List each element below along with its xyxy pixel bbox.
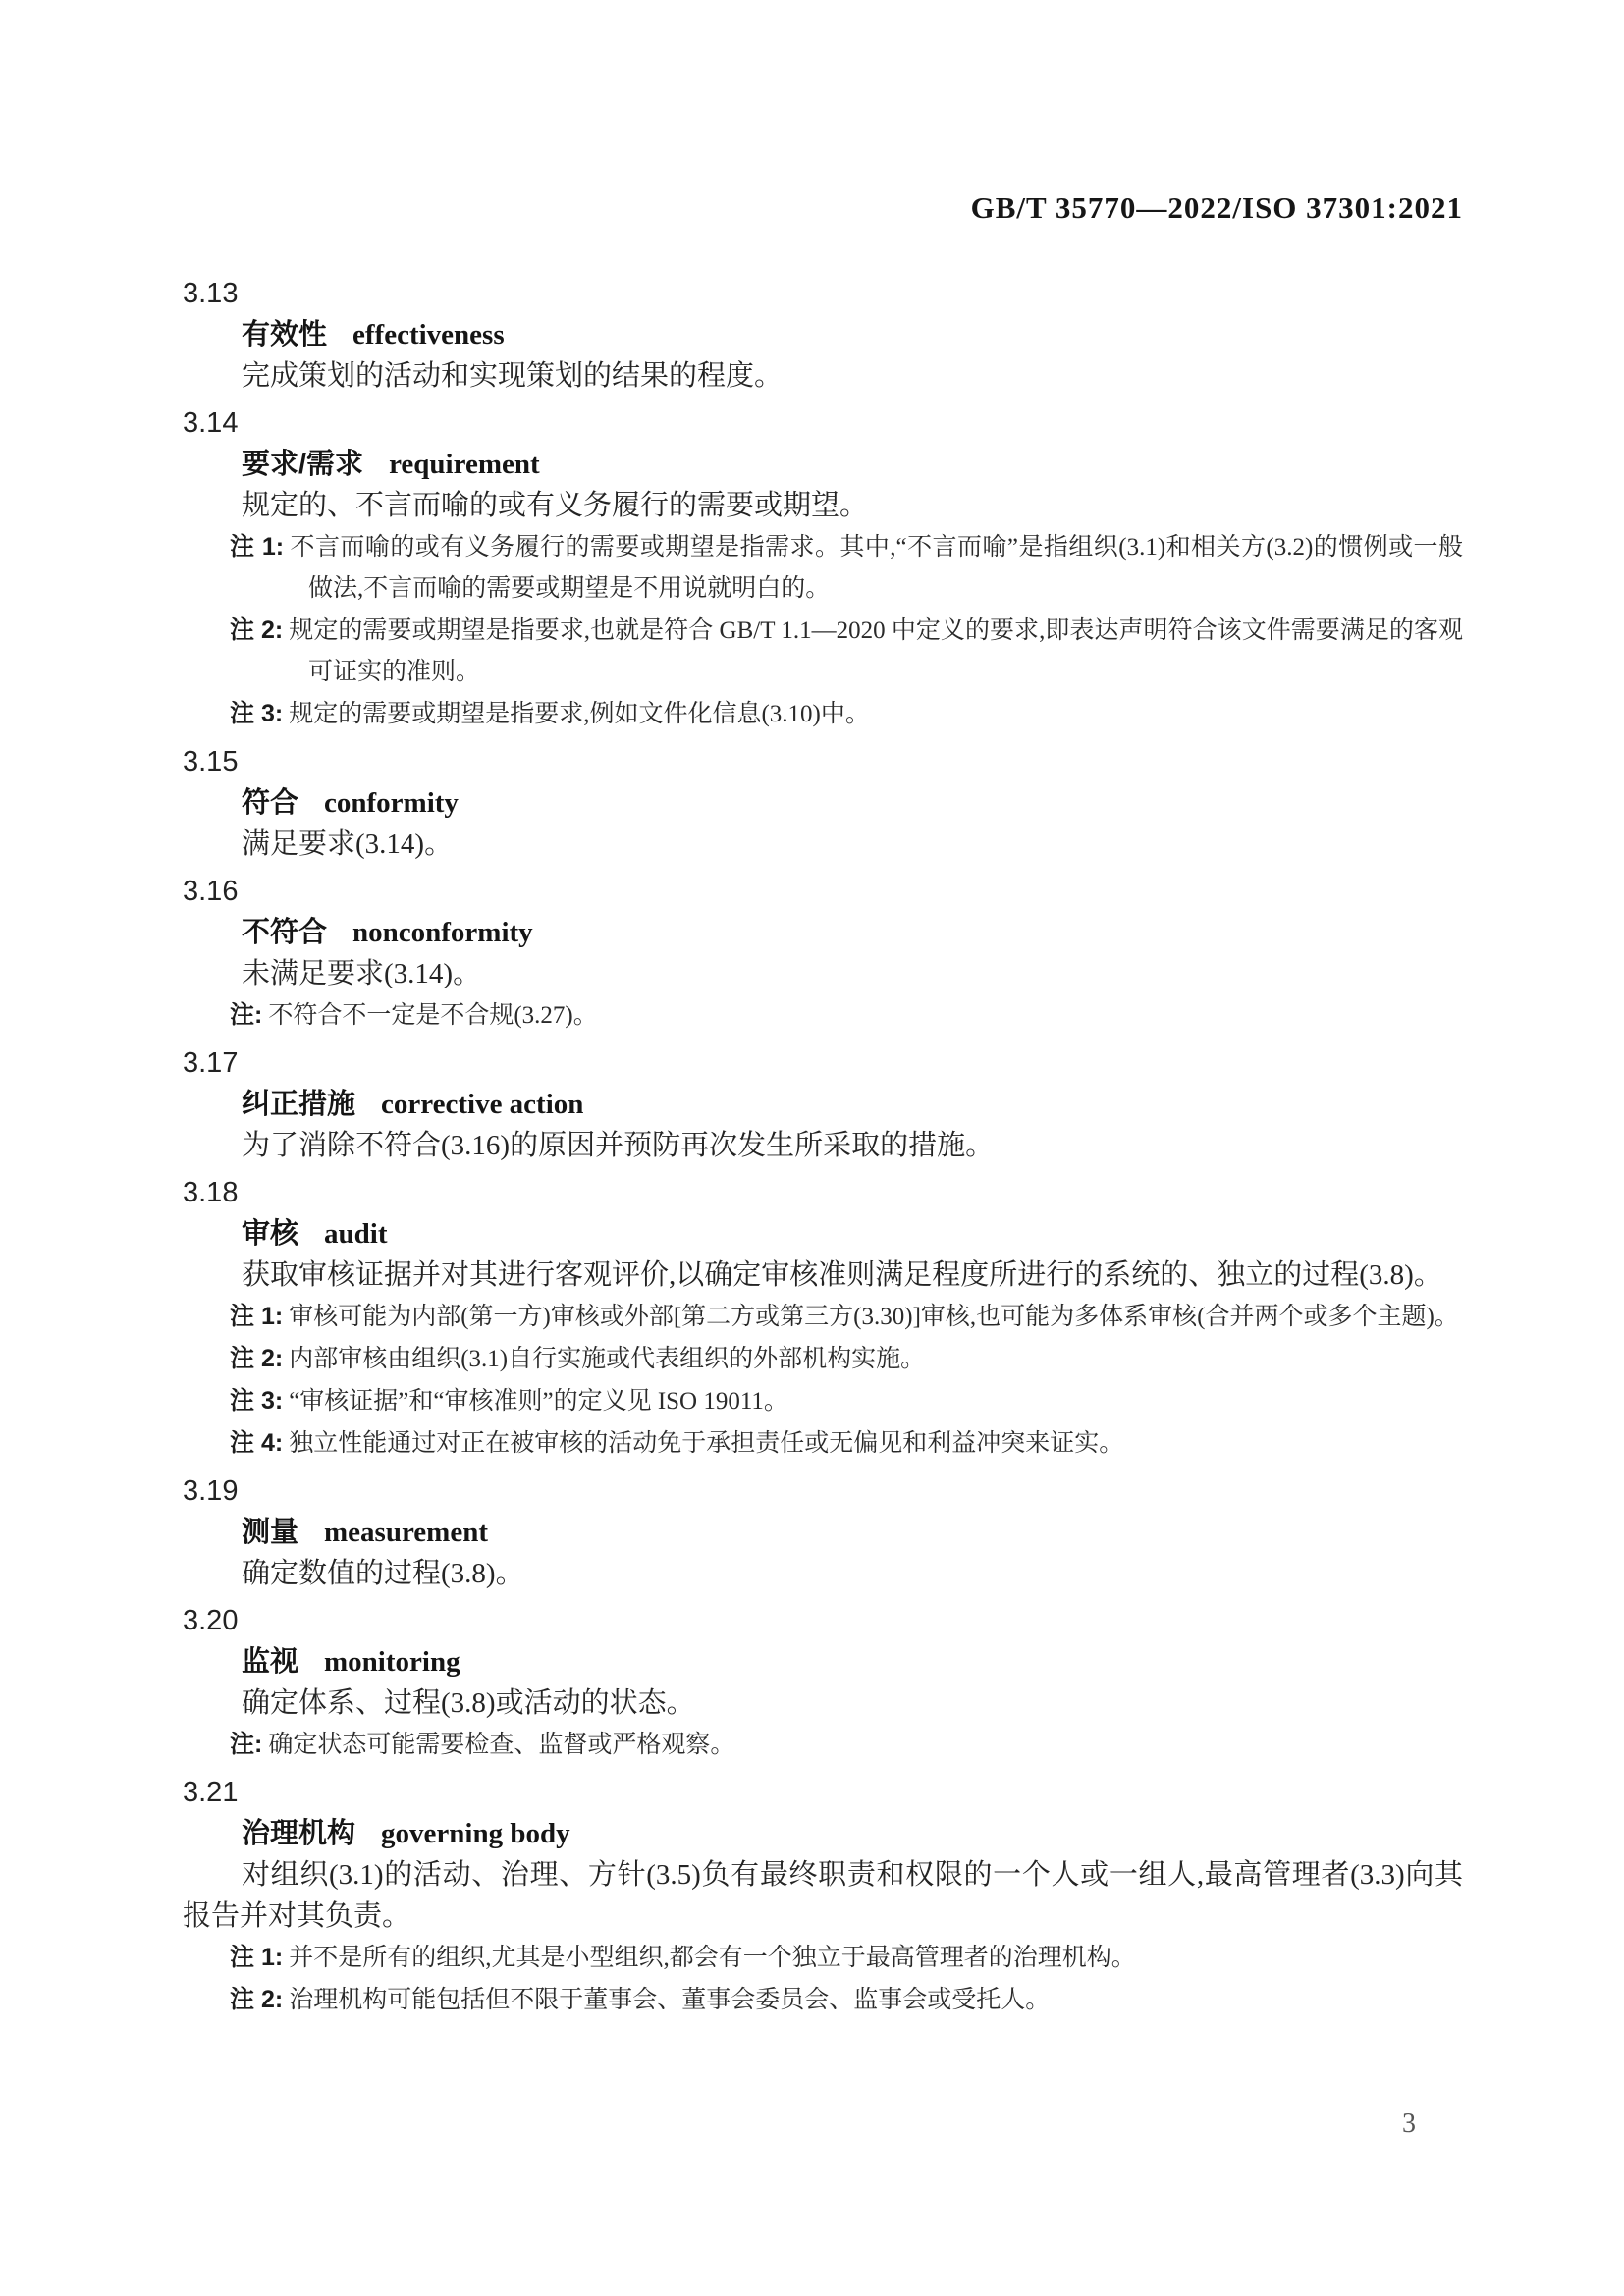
term-name-english: nonconformity [352,917,533,948]
term-number: 3.15 [183,741,1463,782]
note-label: 注 2: [230,616,283,644]
term-section: 3.17 纠正措施corrective action 为了消除不符合(3.16)… [183,1042,1463,1166]
note-label: 注 2: [230,1986,283,2013]
note-text: 规定的需要或期望是指要求,例如文件化信息(3.10)中。 [289,701,870,727]
term-note: 注 3:“审核证据”和“审核准则”的定义见 ISO 19011。 [230,1380,1463,1422]
term-number: 3.17 [183,1042,1463,1084]
term-section: 3.20 监视monitoring 确定体系、过程(3.8)或活动的状态。 注:… [183,1600,1463,1766]
term-name-english: effectiveness [352,319,505,350]
term-number: 3.21 [183,1772,1463,1813]
term-name-english: audit [324,1218,387,1250]
note-text: 内部审核由组织(3.1)自行实施或代表组织的外部机构实施。 [289,1346,925,1372]
term-note: 注 3:规定的需要或期望是指要求,例如文件化信息(3.10)中。 [230,693,1463,735]
term-name-chinese: 有效性 [242,319,327,350]
note-label: 注 4: [230,1429,283,1457]
term-title: 审核audit [183,1213,1463,1255]
term-note: 注 2:治理机构可能包括但不限于董事会、董事会委员会、监事会或受托人。 [230,1979,1463,2021]
term-name-english: conformity [324,787,459,819]
term-title: 监视monitoring [183,1641,1463,1682]
term-definition: 获取审核证据并对其进行客观评价,以确定审核准则满足程度所进行的系统的、独立的过程… [183,1255,1463,1296]
term-name-english: governing body [381,1818,570,1849]
term-number: 3.20 [183,1600,1463,1641]
term-name-chinese: 测量 [242,1517,298,1548]
term-note: 注 2:规定的需要或期望是指要求,也就是符合 GB/T 1.1—2020 中定义… [230,610,1463,693]
term-note: 注:不符合不一定是不合规(3.27)。 [230,994,1463,1037]
note-text: 独立性能通过对正在被审核的活动免于承担责任或无偏见和利益冲突来证实。 [289,1430,1123,1457]
note-label: 注 3: [230,700,283,727]
note-label: 注: [230,1001,262,1029]
term-note: 注 4:独立性能通过对正在被审核的活动免于承担责任或无偏见和利益冲突来证实。 [230,1422,1463,1465]
term-name-chinese: 不符合 [242,917,327,948]
note-text: 并不是所有的组织,尤其是小型组织,都会有一个独立于最高管理者的治理机构。 [289,1945,1136,1971]
term-name-chinese: 要求/需求 [242,449,363,480]
note-label: 注 1: [230,1944,283,1971]
document-page: GB/T 35770—2022/ISO 37301:2021 3.13 有效性e… [0,0,1624,2296]
term-name-chinese: 纠正措施 [242,1089,355,1120]
term-definition: 确定体系、过程(3.8)或活动的状态。 [183,1682,1463,1724]
term-definition: 规定的、不言而喻的或有义务履行的需要或期望。 [183,485,1463,526]
note-label: 注 2: [230,1345,283,1372]
page-number: 3 [1402,2109,1416,2140]
term-section: 3.14 要求/需求requirement 规定的、不言而喻的或有义务履行的需要… [183,402,1463,735]
note-text: 规定的需要或期望是指要求,也就是符合 GB/T 1.1—2020 中定义的要求,… [289,617,1463,685]
note-label: 注 1: [230,533,284,561]
note-text: 审核可能为内部(第一方)审核或外部[第二方或第三方(3.30)]审核,也可能为多… [289,1304,1459,1330]
terms-list: 3.13 有效性effectiveness 完成策划的活动和实现策划的结果的程度… [183,273,1463,2021]
term-note: 注 2:内部审核由组织(3.1)自行实施或代表组织的外部机构实施。 [230,1338,1463,1380]
note-label: 注 1: [230,1303,283,1330]
term-definition: 完成策划的活动和实现策划的结果的程度。 [183,355,1463,397]
note-text: 不言而喻的或有义务履行的需要或期望是指需求。其中,“不言而喻”是指组织(3.1)… [290,534,1463,602]
term-definition: 为了消除不符合(3.16)的原因并预防再次发生所采取的措施。 [183,1125,1463,1166]
term-section: 3.18 审核audit 获取审核证据并对其进行客观评价,以确定审核准则满足程度… [183,1172,1463,1465]
term-name-english: monitoring [324,1646,460,1678]
term-definition: 未满足要求(3.14)。 [183,953,1463,994]
term-title: 治理机构governing body [183,1813,1463,1854]
term-section: 3.13 有效性effectiveness 完成策划的活动和实现策划的结果的程度… [183,273,1463,397]
term-title: 要求/需求requirement [183,444,1463,485]
term-title: 纠正措施corrective action [183,1084,1463,1125]
term-note: 注 1:并不是所有的组织,尤其是小型组织,都会有一个独立于最高管理者的治理机构。 [230,1937,1463,1979]
standard-code-header: GB/T 35770—2022/ISO 37301:2021 [183,188,1463,228]
term-name-english: corrective action [381,1089,583,1120]
term-title: 不符合nonconformity [183,912,1463,953]
term-name-chinese: 治理机构 [242,1818,355,1849]
term-note: 注 1:审核可能为内部(第一方)审核或外部[第二方或第三方(3.30)]审核,也… [230,1296,1463,1338]
term-section: 3.16 不符合nonconformity 未满足要求(3.14)。 注:不符合… [183,871,1463,1037]
term-title: 有效性effectiveness [183,314,1463,355]
term-section: 3.15 符合conformity 满足要求(3.14)。 [183,741,1463,865]
term-definition: 满足要求(3.14)。 [183,824,1463,865]
note-label: 注: [230,1731,262,1758]
term-title: 符合conformity [183,782,1463,824]
term-number: 3.19 [183,1470,1463,1512]
note-label: 注 3: [230,1387,283,1415]
note-text: “审核证据”和“审核准则”的定义见 ISO 19011。 [289,1388,788,1415]
note-text: 不符合不一定是不合规(3.27)。 [268,1002,597,1029]
term-number: 3.14 [183,402,1463,444]
term-definition: 确定数值的过程(3.8)。 [183,1553,1463,1594]
term-note: 注 1:不言而喻的或有义务履行的需要或期望是指需求。其中,“不言而喻”是指组织(… [230,526,1463,610]
term-section: 3.19 测量measurement 确定数值的过程(3.8)。 [183,1470,1463,1594]
term-number: 3.16 [183,871,1463,912]
term-section: 3.21 治理机构governing body 对组织(3.1)的活动、治理、方… [183,1772,1463,2021]
term-number: 3.18 [183,1172,1463,1213]
note-text: 确定状态可能需要检查、监督或严格观察。 [268,1732,734,1758]
note-text: 治理机构可能包括但不限于董事会、董事会委员会、监事会或受托人。 [289,1987,1050,2013]
term-name-chinese: 符合 [242,787,298,819]
term-name-english: measurement [324,1517,488,1548]
term-name-chinese: 审核 [242,1218,298,1250]
term-note: 注:确定状态可能需要检查、监督或严格观察。 [230,1724,1463,1766]
term-definition: 对组织(3.1)的活动、治理、方针(3.5)负有最终职责和权限的一个人或一组人,… [183,1854,1463,1937]
term-name-chinese: 监视 [242,1646,298,1678]
term-title: 测量measurement [183,1512,1463,1553]
term-number: 3.13 [183,273,1463,314]
term-name-english: requirement [389,449,540,480]
